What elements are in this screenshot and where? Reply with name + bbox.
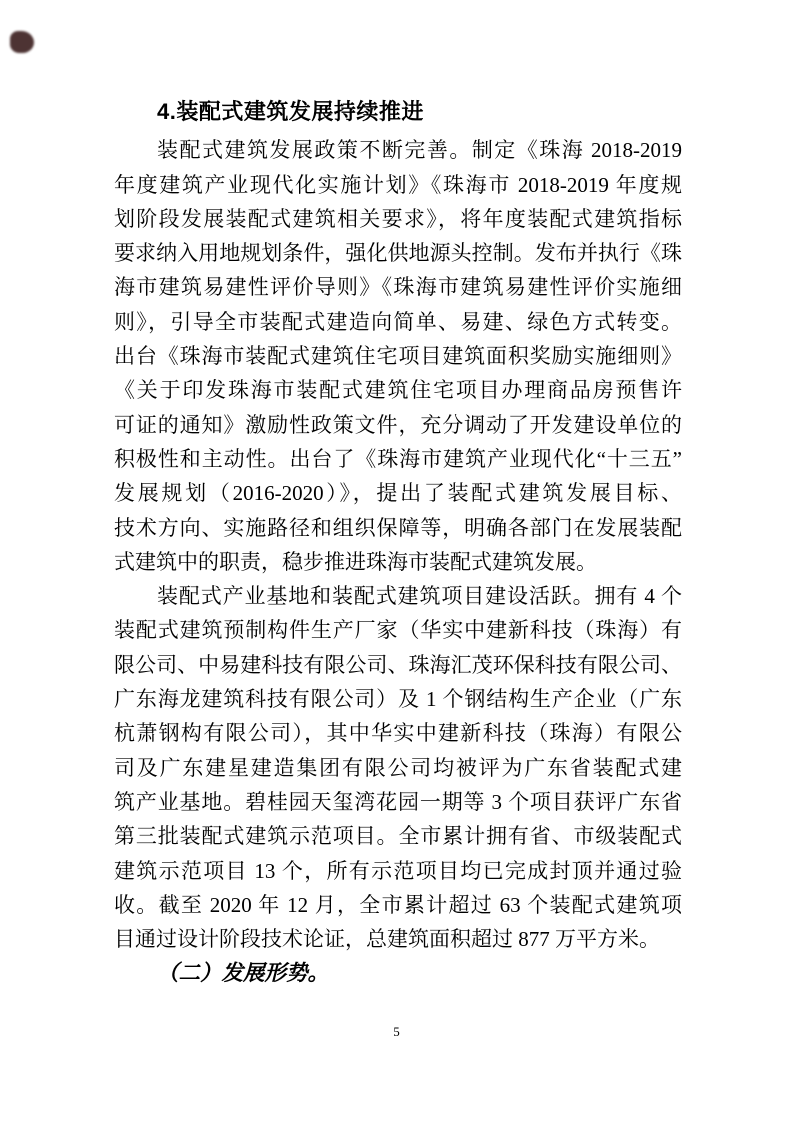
body-line: 收。截至 2020 年 12 月，全市累计超过 63 个装配式建筑项 bbox=[114, 888, 682, 922]
body-line: 建筑示范项目 13 个，所有示范项目均已完成封顶并通过验 bbox=[114, 854, 682, 888]
body-line: 要求纳入用地规划条件，强化供地源头控制。发布并执行《珠 bbox=[114, 236, 682, 270]
body-line: 划阶段发展装配式建筑相关要求》，将年度装配式建筑指标 bbox=[114, 202, 682, 236]
body-line: 装配式建筑发展政策不断完善。制定《珠海 2018-2019 bbox=[114, 133, 682, 167]
body-line: 可证的通知》激励性政策文件，充分调动了开发建设单位的 bbox=[114, 408, 682, 442]
page-number: 5 bbox=[0, 1024, 793, 1040]
body-line: 式建筑中的职责，稳步推进珠海市装配式建筑发展。 bbox=[114, 545, 682, 579]
body-paragraphs: 装配式建筑发展政策不断完善。制定《珠海 2018-2019年度建筑产业现代化实施… bbox=[114, 133, 682, 956]
body-line: 技术方向、实施路径和组织保障等，明确各部门在发展装配 bbox=[114, 511, 682, 545]
body-line: 装配式产业基地和装配式建筑项目建设活跃。拥有 4 个 bbox=[114, 579, 682, 613]
section-heading: 4.装配式建筑发展持续推进 bbox=[114, 95, 682, 129]
page-content: 4.装配式建筑发展持续推进 装配式建筑发展政策不断完善。制定《珠海 2018-2… bbox=[114, 95, 682, 991]
body-line: 出台《珠海市装配式建筑住宅项目建筑面积奖励实施细则》 bbox=[114, 339, 682, 373]
body-line: 年度建筑产业现代化实施计划》《珠海市 2018-2019 年度规 bbox=[114, 168, 682, 202]
scan-artifact-mark bbox=[10, 31, 34, 53]
body-line: 杭萧钢构有限公司），其中华实中建新科技（珠海）有限公 bbox=[114, 716, 682, 750]
body-line: 发展规划（2016-2020）》，提出了装配式建筑发展目标、 bbox=[114, 476, 682, 510]
sub-section-heading: （二）发展形势。 bbox=[114, 956, 682, 990]
body-line: 《关于印发珠海市装配式建筑住宅项目办理商品房预售许 bbox=[114, 373, 682, 407]
body-line: 积极性和主动性。出台了《珠海市建筑产业现代化“十三五” bbox=[114, 442, 682, 476]
body-line: 海市建筑易建性评价导则》《珠海市建筑易建性评价实施细 bbox=[114, 270, 682, 304]
body-line: 目通过设计阶段技术论证，总建筑面积超过 877 万平方米。 bbox=[114, 922, 682, 956]
body-line: 筑产业基地。碧桂园天玺湾花园一期等 3 个项目获评广东省 bbox=[114, 785, 682, 819]
body-line: 第三批装配式建筑示范项目。全市累计拥有省、市级装配式 bbox=[114, 819, 682, 853]
paragraph: 装配式产业基地和装配式建筑项目建设活跃。拥有 4 个装配式建筑预制构件生产厂家（… bbox=[114, 579, 682, 956]
body-line: 广东海龙建筑科技有限公司）及 1 个钢结构生产企业（广东 bbox=[114, 682, 682, 716]
body-line: 装配式建筑预制构件生产厂家（华实中建新科技（珠海）有 bbox=[114, 613, 682, 647]
paragraph: 装配式建筑发展政策不断完善。制定《珠海 2018-2019年度建筑产业现代化实施… bbox=[114, 133, 682, 579]
body-line: 司及广东建星建造集团有限公司均被评为广东省装配式建 bbox=[114, 751, 682, 785]
body-line: 限公司、中易建科技有限公司、珠海汇茂环保科技有限公司、 bbox=[114, 648, 682, 682]
body-line: 则》，引导全市装配式建造向简单、易建、绿色方式转变。 bbox=[114, 305, 682, 339]
document-page: 4.装配式建筑发展持续推进 装配式建筑发展政策不断完善。制定《珠海 2018-2… bbox=[0, 0, 793, 1122]
